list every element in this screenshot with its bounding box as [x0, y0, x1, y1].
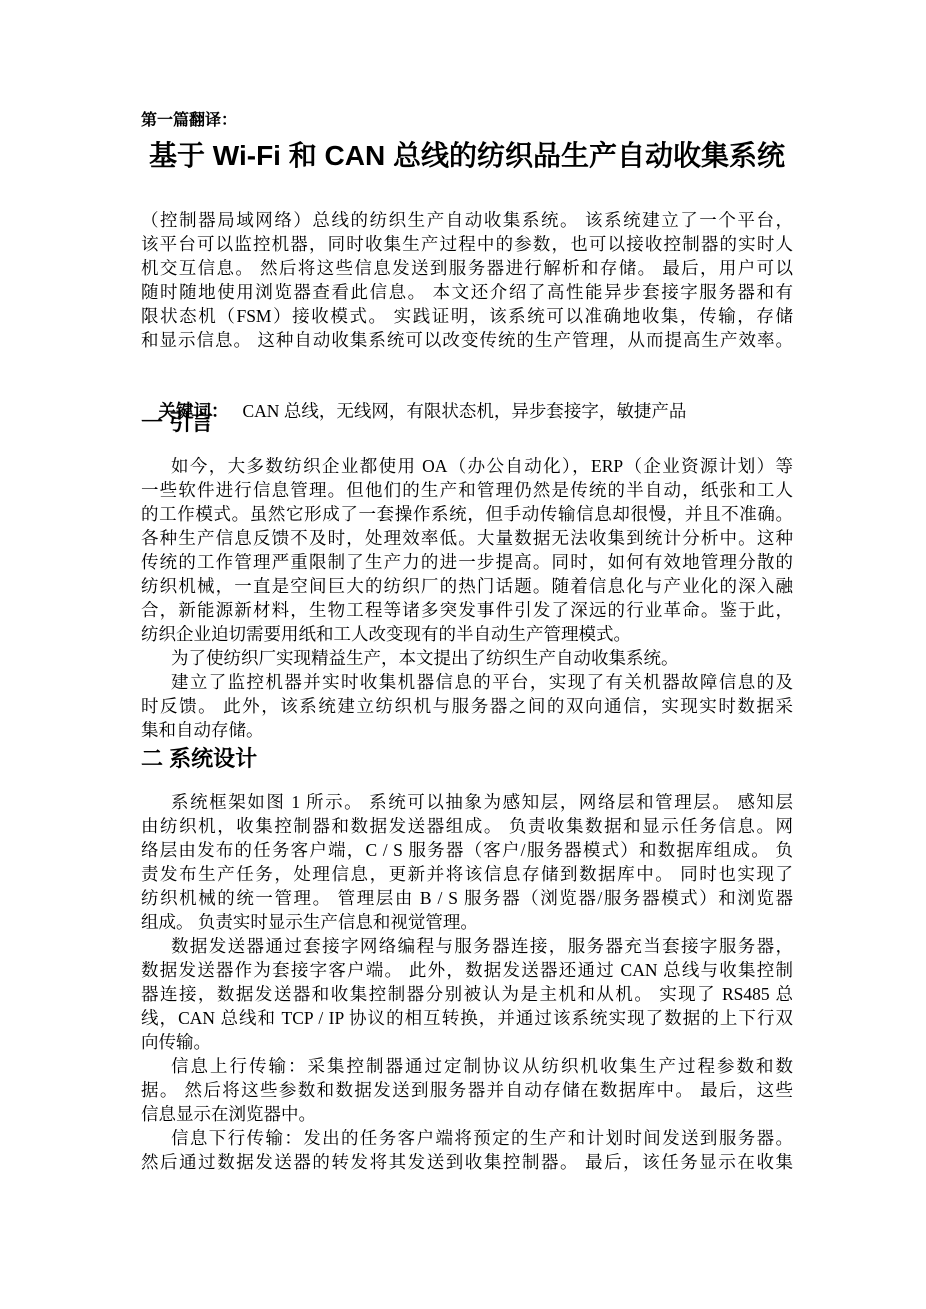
section1-heading: 一 引言 [141, 408, 793, 438]
text-line: 的工作模式。虽然它形成了一套操作系统，但手动传输信息却很慢，并且不准确。 [141, 502, 793, 526]
text-line: 向传输。 [141, 1030, 793, 1054]
text-line: 线，CAN 总线和 TCP / IP 协议的相互转换，并通过该系统实现了数据的上… [141, 1006, 793, 1030]
text-line: 络层由发布的任务客户端，C / S 服务器（客户/服务器模式）和数据库组成。 负 [141, 838, 793, 862]
section2-paragraph-1: 系统框架如图 1 所示。 系统可以抽象为感知层，网络层和管理层。 感知层由纺织机… [141, 790, 793, 934]
text-line: 数据发送器作为套接字客户端。 此外，数据发送器还通过 CAN 总线与收集控制 [141, 958, 793, 982]
text-line: 和显示信息。 这种自动收集系统可以改变传统的生产管理，从而提高生产效率。 [141, 328, 793, 352]
section2-paragraph-4: 信息下行传输：发出的任务客户端将预定的生产和计划时间发送到服务器。然后通过数据发… [141, 1126, 793, 1174]
text-line: 该平台可以监控机器，同时收集生产过程中的参数，也可以接收控制器的实时人 [141, 232, 793, 256]
section2-paragraph-2: 数据发送器通过套接字网络编程与服务器连接，服务器充当套接字服务器，数据发送器作为… [141, 934, 793, 1054]
abstract-paragraph: 摘 要：为了使纺织工厂实现精益生产，本文提出了基于 Wi-Fi（无线网）和 CA… [141, 184, 793, 352]
text-line: 机交互信息。 然后将这些信息发送到服务器进行解析和存储。 最后，用户可以 [141, 256, 793, 280]
section1-paragraph-2: 为了使纺织厂实现精益生产，本文提出了纺织生产自动收集系统。 [141, 646, 793, 670]
text-line: 一些软件进行信息管理。但他们的生产和管理仍然是传统的半自动，纸张和工人 [141, 478, 793, 502]
text-line: 然后通过数据发送器的转发将其发送到收集控制器。 最后，该任务显示在收集 [141, 1150, 793, 1174]
text-line: 纺织机械的统一管理。 管理层由 B / S 服务器（浏览器/服务器模式）和浏览器 [141, 886, 793, 910]
text-line: 合，新能源新材料，生物工程等诸多突发事件引发了深远的行业革命。鉴于此， [141, 598, 793, 622]
text-line: 为了使纺织厂实现精益生产，本文提出了纺织生产自动收集系统。 [141, 646, 793, 670]
section1-paragraph-3: 建立了监控机器并实时收集机器信息的平台，实现了有关机器故障信息的及时反馈。 此外… [141, 670, 793, 742]
abstract-rest-lines: （控制器局域网络）总线的纺织生产自动收集系统。 该系统建立了一个平台，该平台可以… [141, 208, 793, 352]
text-line: 传统的工作管理严重限制了生产力的进一步提高。同时，如何有效地管理分散的 [141, 550, 793, 574]
text-line: 摘 要：为了使纺织工厂实现精益生产，本文提出了基于 Wi-Fi（无线网）和 CA… [141, 184, 793, 208]
text-line: 建立了监控机器并实时收集机器信息的平台，实现了有关机器故障信息的及 [141, 670, 793, 694]
document-page: 第一篇翻译： 基于 Wi-Fi 和 CAN 总线的纺织品生产自动收集系统 摘 要… [0, 0, 926, 1309]
text-line: 限状态机（FSM）接收模式。 实践证明，该系统可以准确地收集，传输，存储 [141, 304, 793, 328]
text-line: 器连接，数据发送器和收集控制器分别被认为是主机和从机。 实现了 RS485 总 [141, 982, 793, 1006]
page-title: 基于 Wi-Fi 和 CAN 总线的纺织品生产自动收集系统 [141, 136, 793, 176]
text-line: （控制器局域网络）总线的纺织生产自动收集系统。 该系统建立了一个平台， [141, 208, 793, 232]
text-line: 责发布生产任务，处理信息，更新并将该信息存储到数据库中。 同时也实现了 [141, 862, 793, 886]
text-line: 信息显示在浏览器中。 [141, 1102, 793, 1126]
text-line: 时反馈。 此外，该系统建立纺织机与服务器之间的双向通信，实现实时数据采 [141, 694, 793, 718]
text-line: 信息下行传输：发出的任务客户端将预定的生产和计划时间发送到服务器。 [141, 1126, 793, 1150]
text-line: 各种生产信息反馈不及时，处理效率低。大量数据无法收集到统计分析中。这种 [141, 526, 793, 550]
text-line: 据。 然后将这些参数和数据发送到服务器并自动存储在数据库中。 最后，这些 [141, 1078, 793, 1102]
text-line: 随时随地使用浏览器查看此信息。 本文还介绍了高性能异步套接字服务器和有 [141, 280, 793, 304]
text-line: 系统框架如图 1 所示。 系统可以抽象为感知层，网络层和管理层。 感知层 [141, 790, 793, 814]
intro-label: 第一篇翻译： [141, 110, 793, 132]
text-line: 纺织机械，一直是空间巨大的纺织厂的热门话题。随着信息化与产业化的深入融 [141, 574, 793, 598]
text-line: 信息上行传输：采集控制器通过定制协议从纺织机收集生产过程参数和数 [141, 1054, 793, 1078]
text-line: 如今，大多数纺织企业都使用 OA（办公自动化），ERP（企业资源计划）等 [141, 454, 793, 478]
section1-paragraph-1: 如今，大多数纺织企业都使用 OA（办公自动化），ERP（企业资源计划）等一些软件… [141, 454, 793, 646]
text-line: 纺织企业迫切需要用纸和工人改变现有的半自动生产管理模式。 [141, 622, 793, 646]
section2-paragraph-3: 信息上行传输：采集控制器通过定制协议从纺织机收集生产过程参数和数据。 然后将这些… [141, 1054, 793, 1126]
text-line: 组成。 负责实时显示生产信息和视觉管理。 [141, 910, 793, 934]
text-line: 集和自动存储。 [141, 718, 793, 742]
text-line: 由纺织机，收集控制器和数据发送器组成。 负责收集数据和显示任务信息。网 [141, 814, 793, 838]
section2-heading: 二 系统设计 [141, 744, 793, 774]
text-line: 数据发送器通过套接字网络编程与服务器连接，服务器充当套接字服务器， [141, 934, 793, 958]
